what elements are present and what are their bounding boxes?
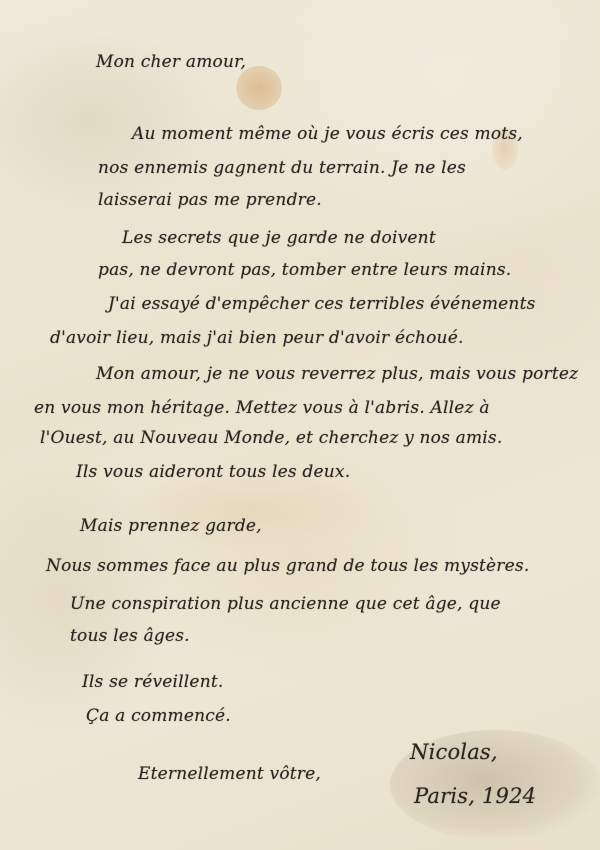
closing: Eternellement vôtre,	[138, 764, 321, 784]
letter-line: Mais prennez garde,	[80, 516, 262, 536]
letter-line: laisserai pas me prendre.	[98, 190, 322, 210]
letter-line: Nous sommes face au plus grand de tous l…	[46, 556, 529, 576]
letter-line: l'Ouest, au Nouveau Monde, et cherchez y…	[40, 428, 502, 448]
letter-line: J'ai essayé d'empêcher ces terribles évé…	[108, 294, 536, 314]
letter-line: pas, ne devront pas, tomber entre leurs …	[98, 260, 511, 280]
letter-line: d'avoir lieu, mais j'ai bien peur d'avoi…	[50, 328, 464, 348]
letter-line: tous les âges.	[70, 626, 190, 646]
letter-line: nos ennemis gagnent du terrain. Je ne le…	[98, 158, 466, 178]
letter-line: Ils se réveillent.	[82, 672, 223, 692]
letter-line: Ça a commencé.	[86, 706, 231, 726]
salutation: Mon cher amour,	[96, 52, 246, 72]
letter-line: Au moment même où je vous écris ces mots…	[132, 124, 523, 144]
letter-line: Les secrets que je garde ne doivent	[122, 228, 436, 248]
letter-line: Ils vous aideront tous les deux.	[76, 462, 350, 482]
letter-line: en vous mon héritage. Mettez vous à l'ab…	[34, 398, 490, 418]
letter-line: Une conspiration plus ancienne que cet â…	[70, 594, 501, 614]
handwritten-letter: Mon cher amour, Au moment même où je vou…	[0, 0, 600, 850]
signature-name: Nicolas,	[410, 740, 498, 764]
letter-line: Mon amour, je ne vous reverrez plus, mai…	[96, 364, 578, 384]
signature-place-date: Paris, 1924	[414, 784, 536, 808]
